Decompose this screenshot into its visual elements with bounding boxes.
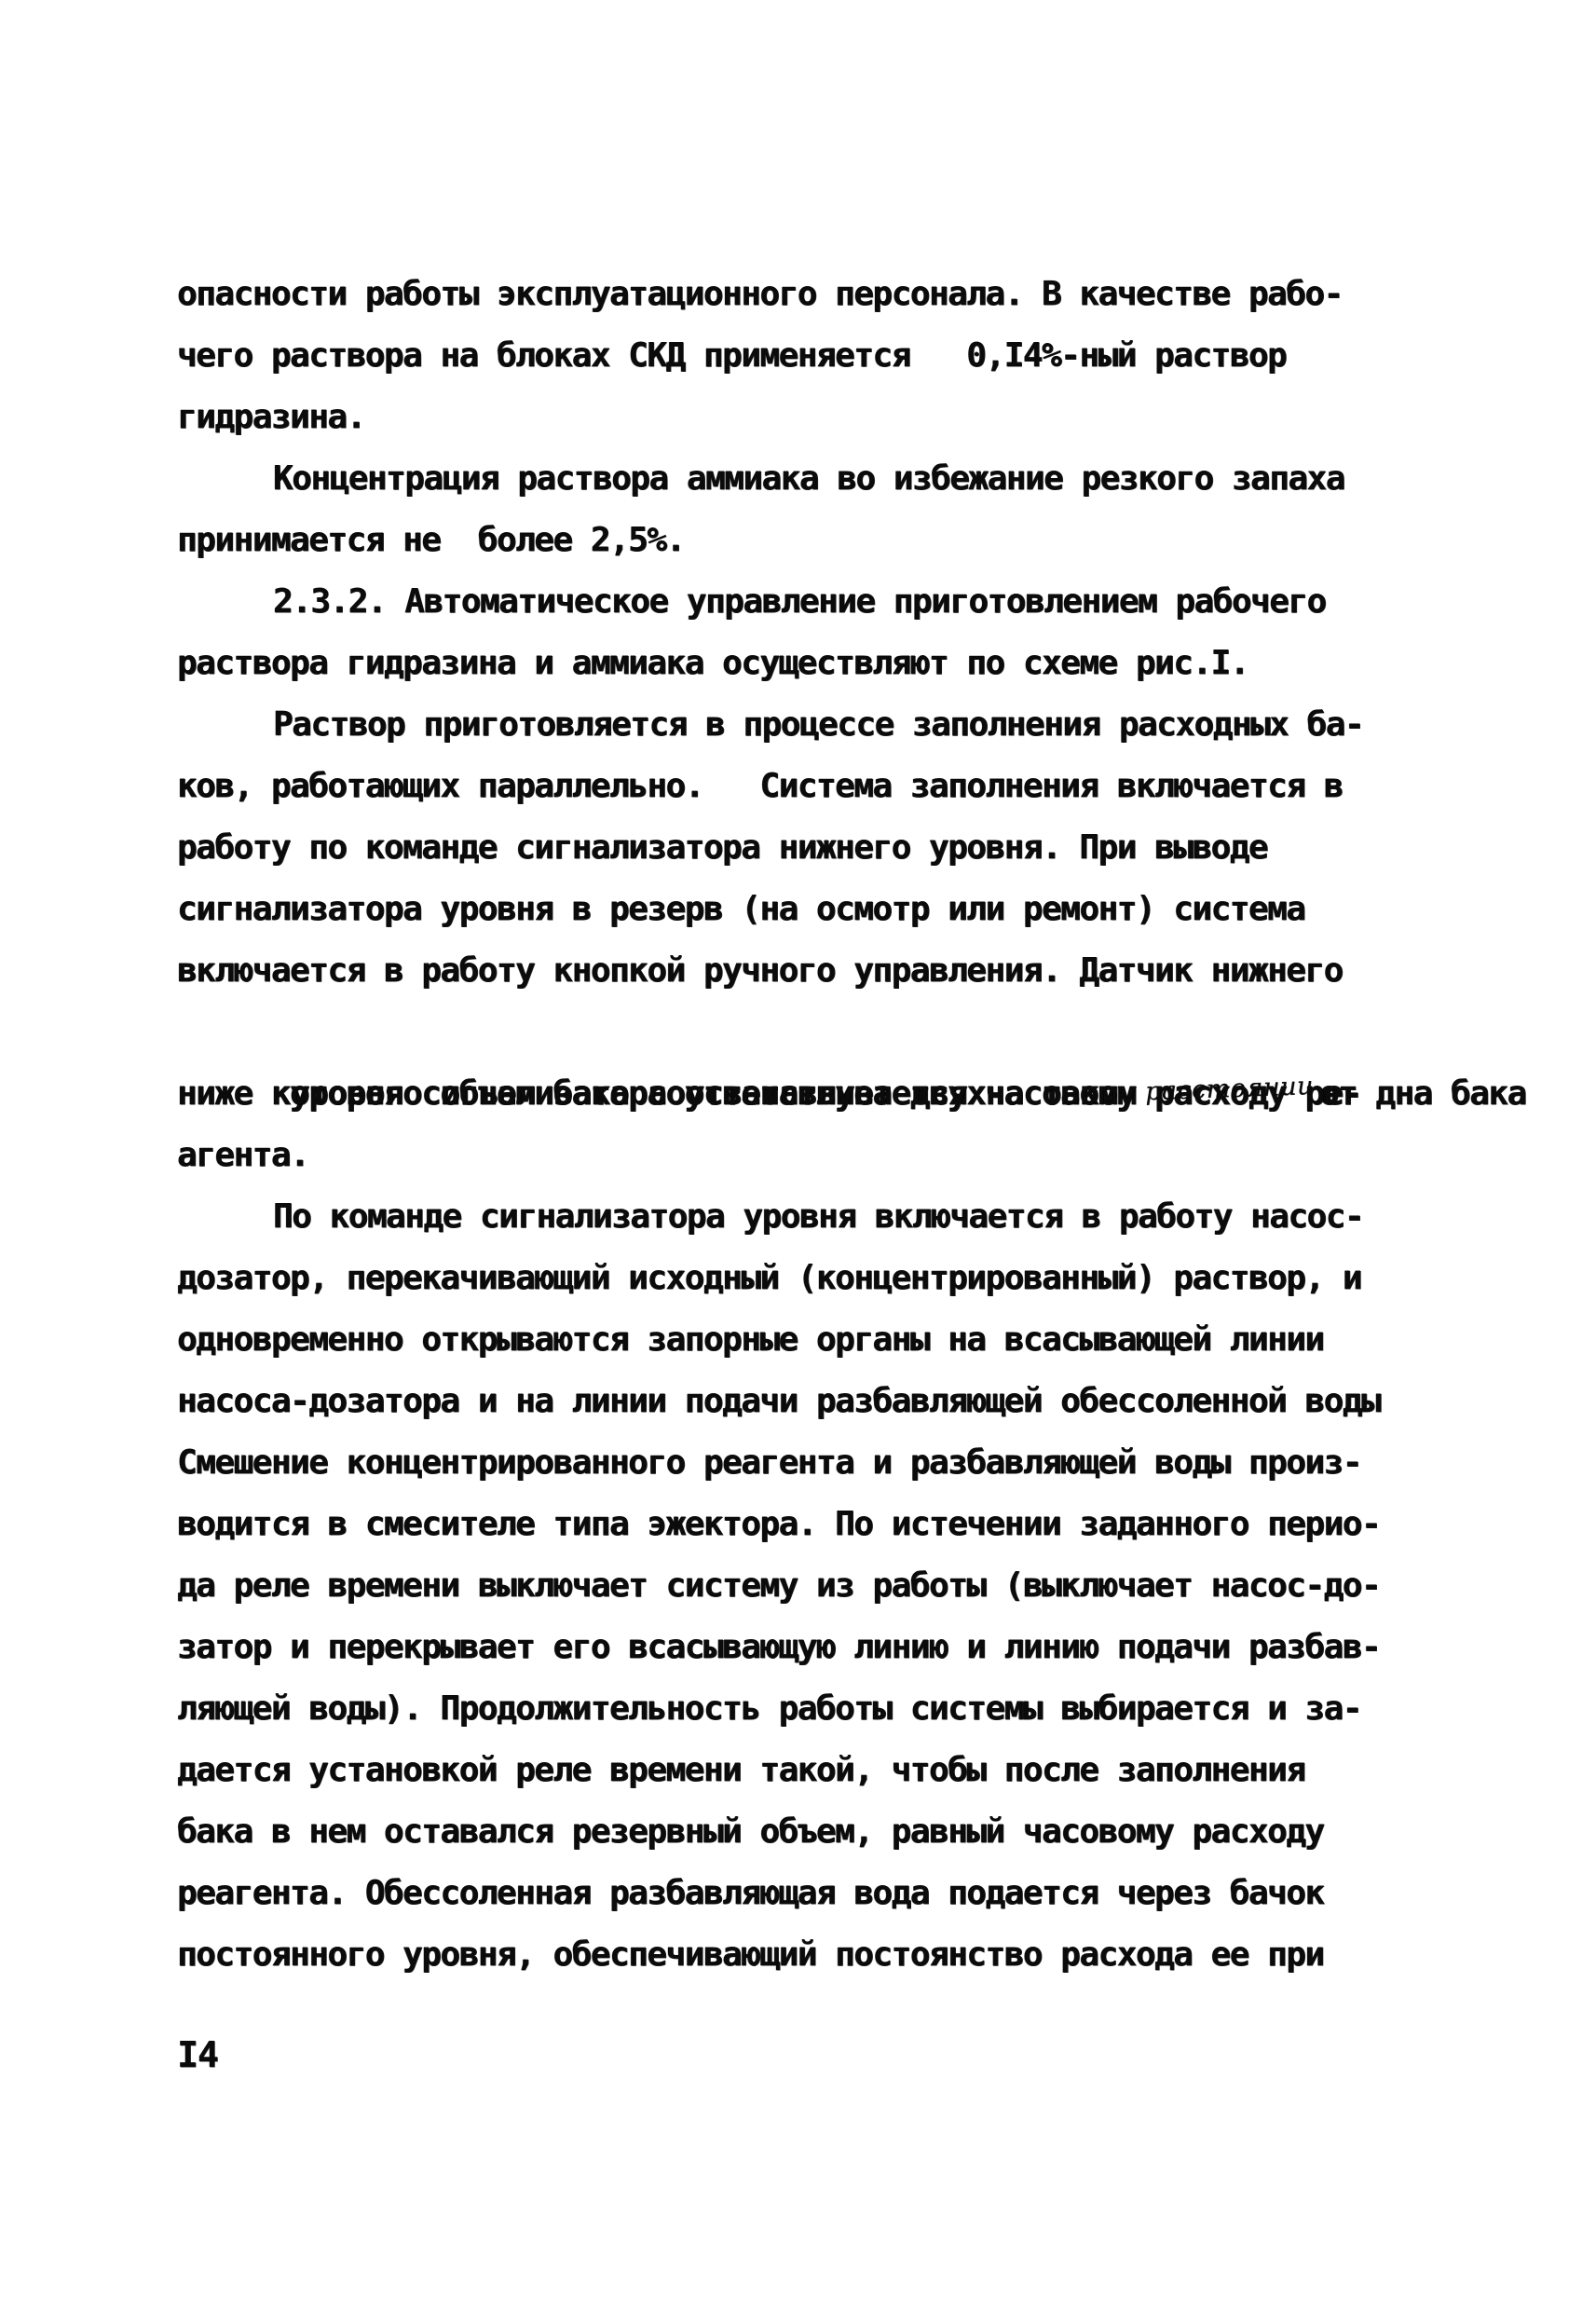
text-block: опасности работы эксплуатационного персо… xyxy=(177,264,1416,1986)
text-line: опасности работы эксплуатационного персо… xyxy=(177,264,1416,325)
text-line: чего раствора на блоках СКД применяется … xyxy=(177,325,1416,387)
text-line: ков, работающих параллельно. Система зап… xyxy=(177,756,1416,817)
text-line: 2.3.2. Автоматическое управление пригото… xyxy=(177,571,1416,633)
text-line: гидразина. xyxy=(177,387,1416,448)
text-line: реагента. Обессоленная разбавляющая вода… xyxy=(177,1863,1416,1924)
text-line: сигнализатора уровня в резерв (на осмотр… xyxy=(177,879,1416,940)
text-line: да реле времени выключает систему из раб… xyxy=(177,1555,1416,1617)
page-number: I4 xyxy=(177,2024,218,2085)
text-line: Смешение концентрированного реагента и р… xyxy=(177,1432,1416,1494)
text-line: дается установкой реле времени такой, чт… xyxy=(177,1740,1416,1801)
text-line: работу по команде сигнализатора нижнего … xyxy=(177,817,1416,879)
text-line: дозатор, перекачивающий исходный (концен… xyxy=(177,1248,1416,1309)
text-line: включается в работу кнопкой ручного упра… xyxy=(177,940,1416,1002)
text-line: одновременно открываются запорные органы… xyxy=(177,1309,1416,1371)
text-line: бака в нем оставался резервный объем, ра… xyxy=(177,1801,1416,1863)
text-line: постоянного уровня, обеспечивающий посто… xyxy=(177,1924,1416,1986)
document-page: опасности работы эксплуатационного персо… xyxy=(0,0,1596,2311)
text-line: Раствор приготовляется в процессе заполн… xyxy=(177,694,1416,756)
text-line: затор и перекрывает его всасывающую лини… xyxy=(177,1617,1416,1678)
text-line: раствора гидразина и аммиака осуществляю… xyxy=(177,633,1416,694)
handwritten-word: расстоянии xyxy=(1144,1056,1315,1123)
text-line: агента. xyxy=(177,1125,1416,1186)
text-line: водится в смесителе типа эжектора. По ис… xyxy=(177,1494,1416,1555)
text-line: уровня сигнализатора устанавливается на … xyxy=(177,1002,1416,1063)
text-line: ляющей воды). Продолжительность работы с… xyxy=(177,1678,1416,1740)
text-line: По команде сигнализатора уровня включает… xyxy=(177,1186,1416,1248)
text-line: насоса-дозатора и на линии подачи разбав… xyxy=(177,1371,1416,1432)
text-line: принимается не более 2,5%. xyxy=(177,510,1416,571)
text-line: Концентрация раствора аммиака во избежан… xyxy=(177,448,1416,510)
